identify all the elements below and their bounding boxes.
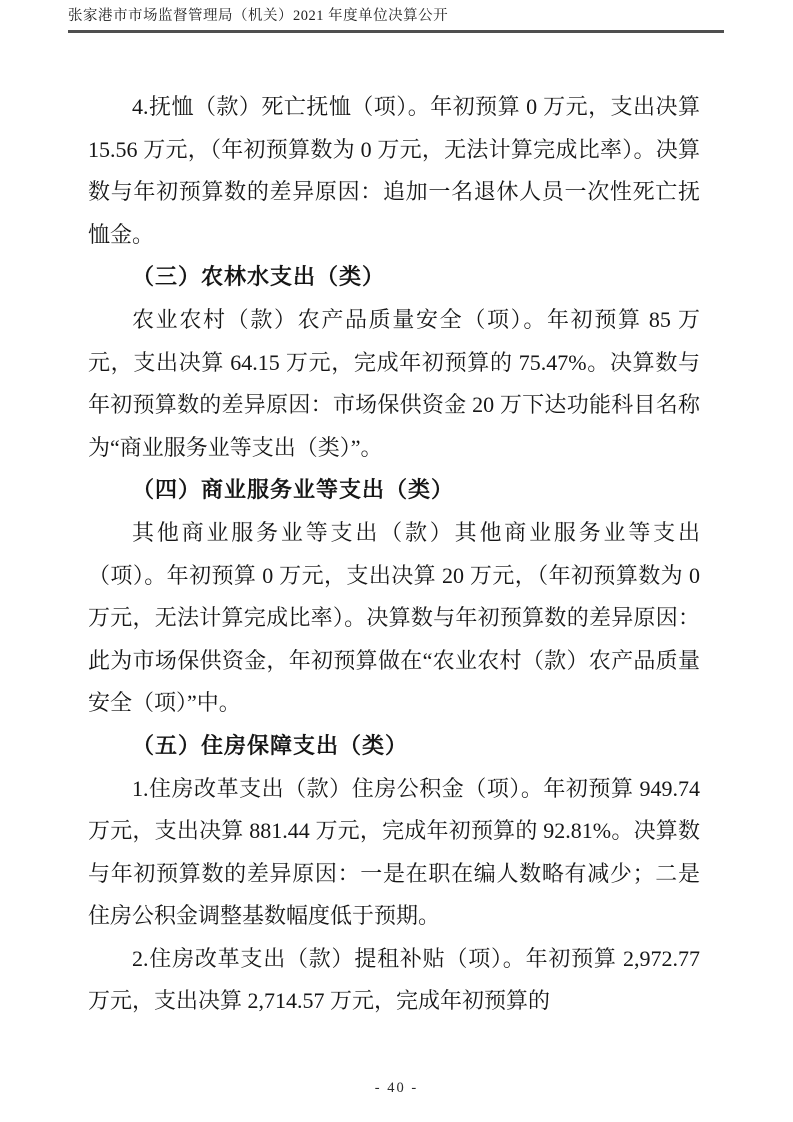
body-paragraph: 其他商业服务业等支出（款）其他商业服务业等支出（项）。年初预算 0 万元，支出决… [88, 512, 700, 725]
page-header: 张家港市市场监督管理局（机关）2021 年度单位决算公开 [68, 7, 724, 33]
section-heading: （三）农林水支出（类） [88, 256, 700, 299]
body-paragraph: 4.抚恤（款）死亡抚恤（项）。年初预算 0 万元，支出决算 15.56 万元，（… [88, 86, 700, 256]
body-paragraph: 1.住房改革支出（款）住房公积金（项）。年初预算 949.74 万元，支出决算 … [88, 768, 700, 938]
body-paragraph: 农业农村（款）农产品质量安全（项）。年初预算 85 万元，支出决算 64.15 … [88, 299, 700, 469]
section-heading: （五）住房保障支出（类） [88, 725, 700, 768]
body-paragraph: 2.住房改革支出（款）提租补贴（项）。年初预算 2,972.77 万元，支出决算… [88, 938, 700, 1023]
page-number: - 40 - [375, 1080, 418, 1096]
document-body: 4.抚恤（款）死亡抚恤（项）。年初预算 0 万元，支出决算 15.56 万元，（… [88, 86, 700, 1023]
document-page: 张家港市市场监督管理局（机关）2021 年度单位决算公开 4.抚恤（款）死亡抚恤… [0, 0, 793, 1122]
header-title: 张家港市市场监督管理局（机关）2021 年度单位决算公开 [68, 8, 448, 24]
section-heading: （四）商业服务业等支出（类） [88, 469, 700, 512]
page-footer: - 40 - [0, 1080, 793, 1097]
